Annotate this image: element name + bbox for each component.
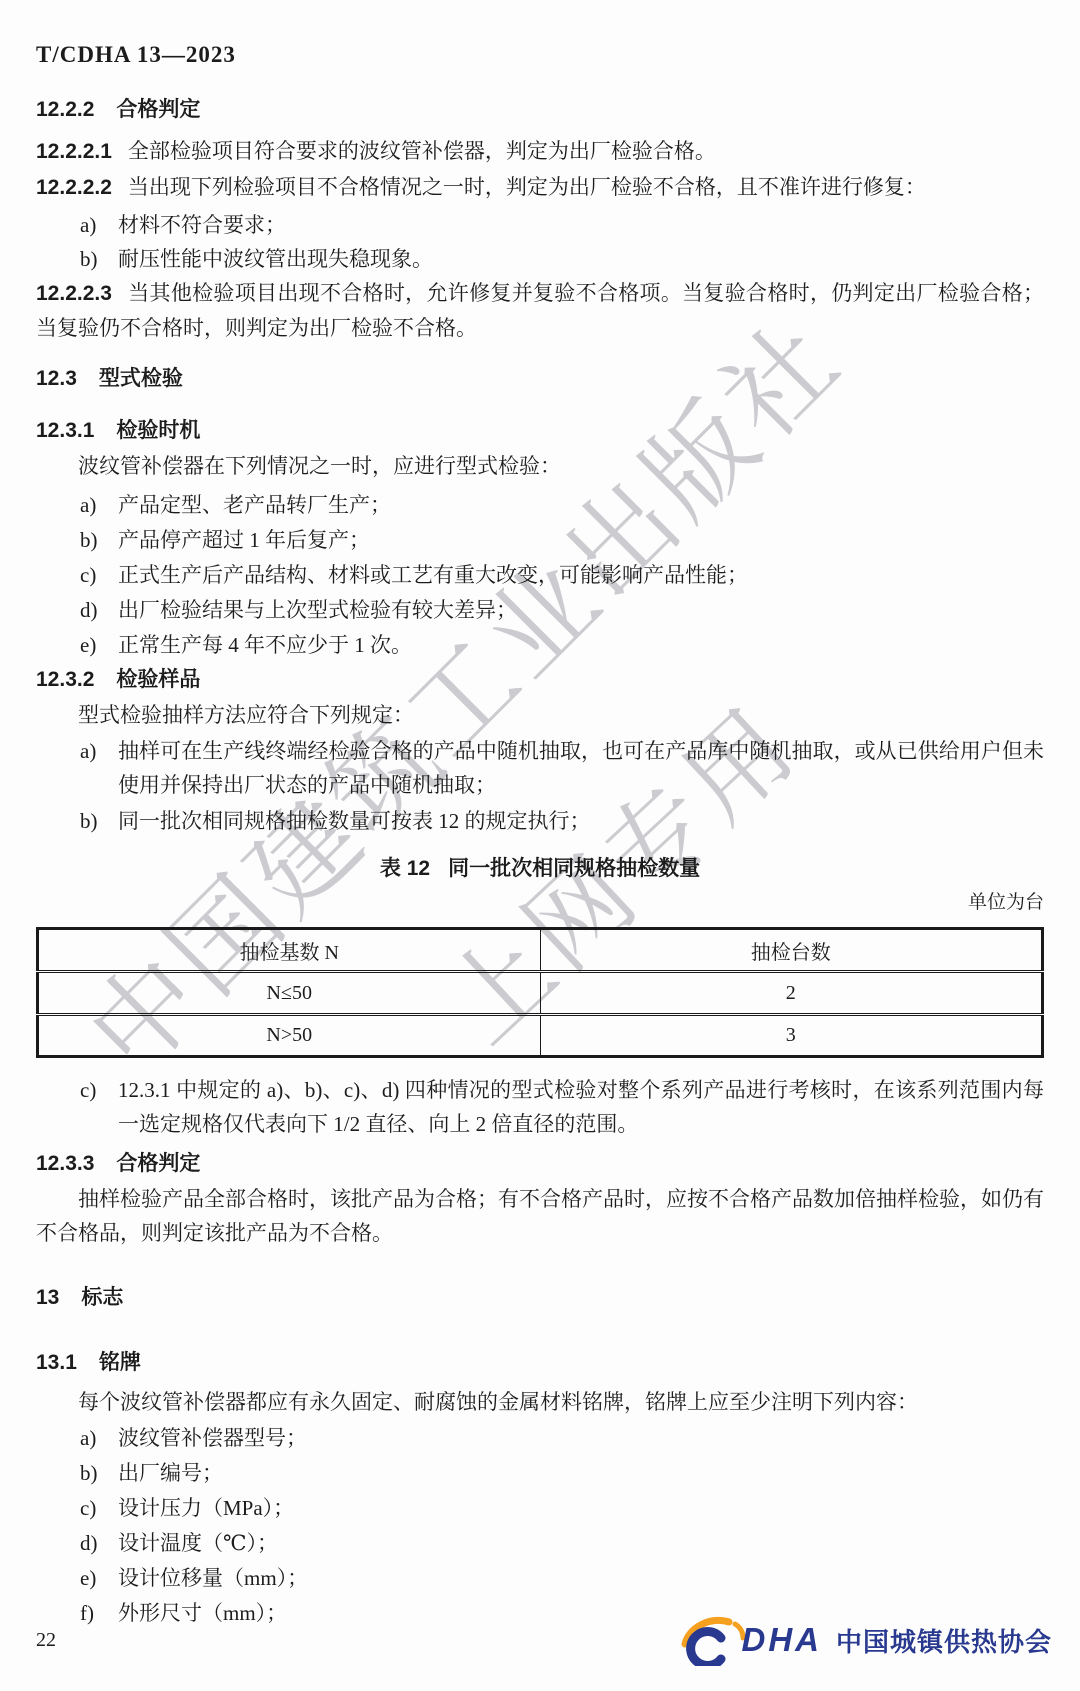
clause-number: 12.3.2 — [36, 663, 94, 697]
list-item-marker: b) — [80, 804, 118, 838]
table-header-cell: 抽检台数 — [540, 929, 1043, 972]
clause-12-2-2-1: 12.2.2.1全部检验项目符合要求的波纹管补偿器，判定为出厂检验合格。 — [36, 134, 1044, 169]
clause-number: 12.2.2.3 — [36, 277, 112, 311]
table-row: N>50 3 — [38, 1015, 1043, 1057]
list-item: c) 设计压力（MPa）； — [36, 1491, 1044, 1526]
table-unit-note: 单位为台 — [36, 888, 1044, 918]
list-item-text: 设计位移量（mm）； — [118, 1561, 1044, 1596]
clause-number: 12.2.2.1 — [36, 135, 112, 169]
list-item-marker: b) — [80, 523, 118, 558]
heading-title: 合格判定 — [116, 1152, 200, 1175]
list-item-marker: b) — [80, 1456, 118, 1491]
clause-number: 12.3.3 — [36, 1147, 94, 1181]
table-title: 同一批次相同规格抽检数量 — [448, 857, 700, 880]
table-cell: 2 — [540, 972, 1043, 1015]
list-item: b) 耐压性能中波纹管出现失稳现象。 — [36, 242, 1044, 276]
list-item: e) 正常生产每 4 年不应少于 1 次。 — [36, 628, 1044, 663]
list-item-text: 耐压性能中波纹管出现失稳现象。 — [118, 242, 1044, 276]
heading-title: 标志 — [81, 1286, 123, 1309]
cdha-logo: DHA 中国城镇供热协会 — [675, 1614, 1052, 1666]
clause-number: 12.2.2 — [36, 93, 94, 127]
list-item-text: 设计压力（MPa）； — [118, 1491, 1044, 1526]
list-item-text: 产品定型、老产品转厂生产； — [118, 488, 1044, 523]
list-item: b) 出厂编号； — [36, 1456, 1044, 1491]
heading-title: 型式检验 — [99, 367, 183, 390]
list-item-text: 正常生产每 4 年不应少于 1 次。 — [118, 628, 1044, 663]
list-item-marker: a) — [80, 488, 118, 523]
table-cell: N≤50 — [38, 972, 541, 1015]
list-item-marker: a) — [80, 208, 118, 242]
cdha-logo-icon — [675, 1614, 749, 1666]
list-item-marker: e) — [80, 628, 118, 663]
list-item-text: 12.3.1 中规定的 a)、b)、c)、d) 四种情况的型式检验对整个系列产品… — [118, 1073, 1044, 1141]
heading-13-1: 13.1铭牌 — [36, 1346, 1044, 1380]
cdha-logo-acronym: DHA — [741, 1621, 822, 1659]
list-item: a) 产品定型、老产品转厂生产； — [36, 488, 1044, 523]
heading-12-3-3: 12.3.3合格判定 — [36, 1147, 1044, 1181]
list-item-marker: b) — [80, 242, 118, 276]
table-label: 表 12 — [380, 857, 430, 880]
heading-12-2-2: 12.2.2合格判定 — [36, 93, 1044, 127]
list-item-text: 材料不符合要求； — [118, 208, 1044, 242]
table-header-row: 抽检基数 N 抽检台数 — [38, 929, 1043, 972]
list-13-1: a) 波纹管补偿器型号； b) 出厂编号； c) 设计压力（MPa）； d) 设… — [36, 1421, 1044, 1631]
clause-number: 12.2.2.2 — [36, 171, 112, 205]
table-row: N≤50 2 — [38, 972, 1043, 1015]
list-12-3-1: a) 产品定型、老产品转厂生产； b) 产品停产超过 1 年后复产； c) 正式… — [36, 488, 1044, 663]
list-item: c) 12.3.1 中规定的 a)、b)、c)、d) 四种情况的型式检验对整个系… — [36, 1073, 1044, 1141]
page-footer: 22 DHA 中国城镇供热协会 — [36, 1614, 1052, 1666]
list-item-marker: c) — [80, 1073, 118, 1141]
list-item-marker: a) — [80, 734, 118, 802]
list-item-marker: d) — [80, 593, 118, 628]
list-item-text: 同一批次相同规格抽检数量可按表 12 的规定执行； — [118, 804, 1044, 838]
list-item-text: 波纹管补偿器型号； — [118, 1421, 1044, 1456]
clause-text: 全部检验项目符合要求的波纹管补偿器，判定为出厂检验合格。 — [128, 139, 716, 163]
paragraph-13-1: 每个波纹管补偿器都应有永久固定、耐腐蚀的金属材料铭牌，铭牌上应至少注明下列内容： — [36, 1385, 1044, 1419]
list-item-marker: c) — [80, 1491, 118, 1526]
table-header-cell: 抽检基数 N — [38, 929, 541, 972]
heading-13: 13标志 — [36, 1281, 1044, 1315]
clause-12-2-2-2: 12.2.2.2当出现下列检验项目不合格情况之一时，判定为出厂检验不合格，且不准… — [36, 170, 1044, 205]
page-number: 22 — [36, 1629, 56, 1652]
heading-12-3: 12.3型式检验 — [36, 362, 1044, 396]
clause-number: 12.3 — [36, 362, 77, 396]
table-cell: 3 — [540, 1015, 1043, 1057]
clause-text: 当出现下列检验项目不合格情况之一时，判定为出厂检验不合格，且不准许进行修复： — [128, 175, 926, 199]
paragraph-12-3-1: 波纹管补偿器在下列情况之一时，应进行型式检验： — [36, 449, 1044, 483]
list-item: c) 正式生产后产品结构、材料或工艺有重大改变，可能影响产品性能； — [36, 558, 1044, 593]
table-12: 抽检基数 N 抽检台数 N≤50 2 N>50 3 — [36, 927, 1044, 1058]
list-item: a) 抽样可在生产线终端经检验合格的产品中随机抽取，也可在产品库中随机抽取，或从… — [36, 734, 1044, 802]
heading-title: 铭牌 — [99, 1351, 141, 1374]
heading-title: 检验时机 — [116, 419, 200, 442]
table-cell: N>50 — [38, 1015, 541, 1057]
list-item: d) 设计温度（℃）； — [36, 1526, 1044, 1561]
heading-12-3-1: 12.3.1检验时机 — [36, 414, 1044, 448]
list-item: b) 产品停产超过 1 年后复产； — [36, 523, 1044, 558]
table-caption: 表 12同一批次相同规格抽检数量 — [36, 852, 1044, 886]
document-content: T/CDHA 13—2023 12.2.2合格判定 12.2.2.1全部检验项目… — [0, 0, 1080, 1631]
cdha-org-name: 中国城镇供热协会 — [836, 1622, 1052, 1659]
heading-title: 合格判定 — [116, 98, 200, 121]
clause-text: 当其他检验项目出现不合格时，允许修复并复验不合格项。当复验合格时，仍判定出厂检验… — [36, 281, 1044, 340]
list-item-marker: a) — [80, 1421, 118, 1456]
list-item: b) 同一批次相同规格抽检数量可按表 12 的规定执行； — [36, 804, 1044, 838]
paragraph-12-3-3: 抽样检验产品全部合格时，该批产品为合格；有不合格产品时，应按不合格产品数加倍抽样… — [36, 1182, 1044, 1250]
clause-number: 13.1 — [36, 1346, 77, 1380]
clause-12-2-2-3: 12.2.2.3当其他检验项目出现不合格时，允许修复并复验不合格项。当复验合格时… — [36, 276, 1044, 345]
list-item-text: 抽样可在生产线终端经检验合格的产品中随机抽取，也可在产品库中随机抽取，或从已供给… — [118, 734, 1044, 802]
list-item-marker: d) — [80, 1526, 118, 1561]
list-item-text: 出厂编号； — [118, 1456, 1044, 1491]
list-item-text: 正式生产后产品结构、材料或工艺有重大改变，可能影响产品性能； — [118, 558, 1044, 593]
list-item: a) 材料不符合要求； — [36, 208, 1044, 242]
list-item-marker: e) — [80, 1561, 118, 1596]
doc-code-header: T/CDHA 13—2023 — [36, 38, 1044, 72]
clause-number: 12.3.1 — [36, 414, 94, 448]
list-item: e) 设计位移量（mm）； — [36, 1561, 1044, 1596]
heading-12-3-2: 12.3.2检验样品 — [36, 663, 1044, 697]
list-item-text: 设计温度（℃）； — [118, 1526, 1044, 1561]
list-item-marker: c) — [80, 558, 118, 593]
document-page: 中国建筑工业出版社 上网专用 T/CDHA 13—2023 12.2.2合格判定… — [0, 0, 1080, 1691]
heading-title: 检验样品 — [116, 668, 200, 691]
paragraph-12-3-2: 型式检验抽样方法应符合下列规定： — [36, 698, 1044, 732]
list-item: a) 波纹管补偿器型号； — [36, 1421, 1044, 1456]
list-item: d) 出厂检验结果与上次型式检验有较大差异； — [36, 593, 1044, 628]
list-item-text: 产品停产超过 1 年后复产； — [118, 523, 1044, 558]
clause-number: 13 — [36, 1281, 59, 1315]
list-item-text: 出厂检验结果与上次型式检验有较大差异； — [118, 593, 1044, 628]
